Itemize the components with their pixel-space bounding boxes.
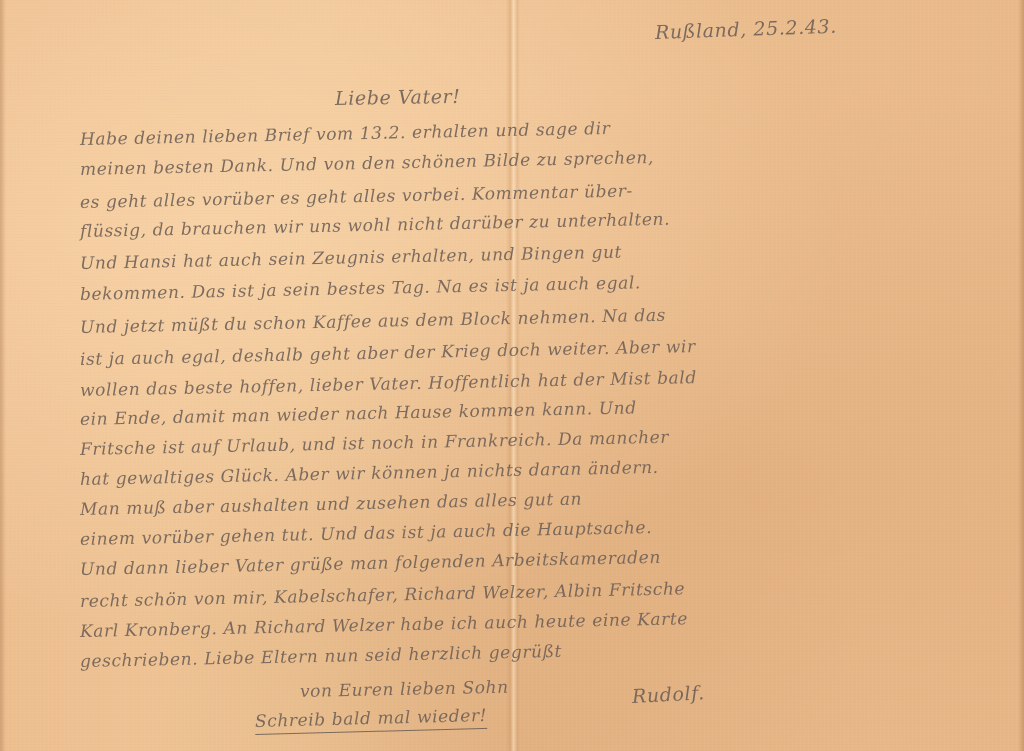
letter-line: bekommen. Das ist ja sein bestes Tag. Na… xyxy=(80,273,641,305)
letter-line: ein Ende, damit man wieder nach Hause ko… xyxy=(80,398,637,430)
letter-line: flüssig, da brauchen wir uns wohl nicht … xyxy=(80,210,671,242)
letter-line: Fritsche ist auf Urlaub, und ist noch in… xyxy=(80,428,669,460)
letter-line: ist ja auch egal, deshalb geht aber der … xyxy=(80,337,696,370)
postscript: Schreib bald mal wieder! xyxy=(255,706,488,735)
letter-line: recht schön von mir, Kabelschafer, Richa… xyxy=(80,579,686,612)
letter-line: einem vorüber gehen tut. Und das ist ja … xyxy=(80,518,653,550)
letter-line: Und Hansi hat auch sein Zeugnis erhalten… xyxy=(80,243,622,274)
letter-line: Karl Kronberg. An Richard Welzer habe ic… xyxy=(80,609,688,642)
paper-left-edge xyxy=(0,0,6,751)
letter-line: meinen besten Dank. Und von den schönen … xyxy=(80,148,654,180)
letter-line: geschrieben. Liebe Eltern nun seid herzl… xyxy=(80,642,562,672)
letter-line: Habe deinen lieben Brief vom 13.2. erhal… xyxy=(80,119,611,150)
signature: Rudolf. xyxy=(631,682,705,708)
letter-line: Und jetzt müßt du schon Kaffee aus dem B… xyxy=(80,306,666,338)
letter-line: Und dann lieber Vater grüße man folgende… xyxy=(80,548,661,580)
letter-page: Rußland, 25.2.43. Liebe Vater! Habe dein… xyxy=(0,0,1024,751)
place-and-date: Rußland, 25.2.43. xyxy=(655,16,838,44)
paper-right-edge xyxy=(1018,0,1024,751)
letter-line: wollen das beste hoffen, lieber Vater. H… xyxy=(80,368,697,401)
salutation: Liebe Vater! xyxy=(335,86,461,110)
letter-line: es geht alles vorüber es geht alles vorb… xyxy=(80,181,633,213)
letter-line: hat gewaltiges Glück. Aber wir können ja… xyxy=(80,458,659,490)
closing: von Euren lieben Sohn xyxy=(300,678,509,702)
